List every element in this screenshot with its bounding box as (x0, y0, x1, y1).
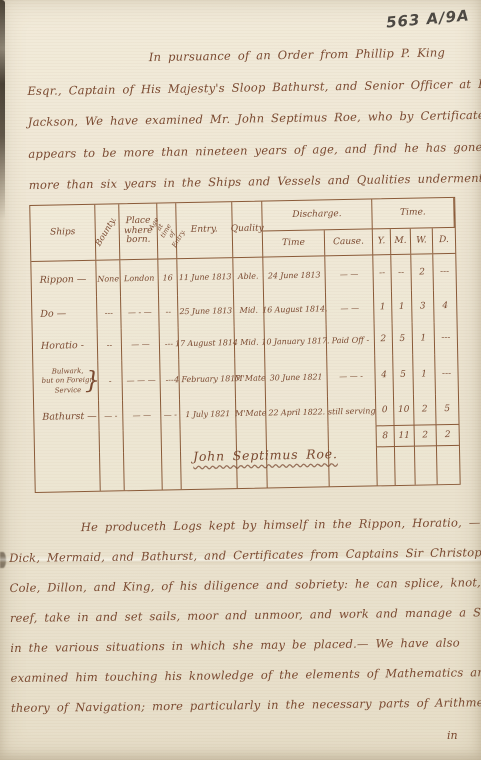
discharge-time-header: Time (263, 230, 325, 256)
discharge-cause-cell: — — (325, 255, 374, 292)
place-cell: London (120, 260, 159, 297)
total-months-cell: 11 (395, 425, 415, 447)
weeks-cell: 2 (411, 254, 434, 290)
years-cell: 1 (374, 291, 393, 323)
empty-cell (124, 452, 163, 491)
quality-cell: M'Mate (235, 358, 266, 399)
entry-cell: 11 June 1813 (177, 258, 234, 295)
signature: John Septimus Roe. (193, 446, 338, 464)
days-cell: 5 (436, 394, 459, 424)
years-header: Y. (373, 229, 391, 254)
discharge-cause-cell: — — (326, 291, 375, 324)
discharge-time-cell: 22 April 1822. (266, 396, 329, 427)
weeks-header: W. (411, 228, 433, 253)
discharge-header: Discharge. (262, 199, 373, 231)
ship-cell: Do — (32, 297, 98, 330)
years-cell: 4 (375, 355, 394, 395)
days-cell: --- (435, 322, 458, 354)
days-cell: --- (435, 354, 458, 394)
discharge-time-cell: 16 August 1814. (264, 292, 327, 325)
weeks-cell: 3 (412, 290, 435, 322)
empty-cell (162, 451, 182, 489)
years-cell: -- (373, 255, 392, 291)
ship-cell: Bathurst — (34, 401, 100, 432)
empty-cell (124, 430, 162, 453)
archive-reference: 563 A/9A (385, 6, 470, 31)
quality-cell: Able. (233, 258, 264, 295)
empty-cell (415, 446, 438, 484)
left-edge-artifact (0, 0, 5, 220)
months-cell: 10 (394, 395, 415, 425)
catchword: in (447, 729, 458, 742)
empty-cell (35, 431, 100, 454)
manuscript-page: { "annotation": "563 A/9A", "intro": { "… (0, 0, 481, 760)
bounty-cell: -- (98, 328, 123, 360)
bounty-header-label: Bounty. (95, 216, 120, 248)
discharge-cause-cell: — — - (327, 355, 376, 396)
bounty-cell: - (98, 360, 123, 400)
days-cell: 4 (434, 290, 457, 322)
quality-header: Quality (232, 202, 263, 258)
body-paragraph: He produceth Logs kept by himself in the… (9, 515, 480, 731)
empty-cell (395, 447, 416, 485)
quality-cell: M'Mate (236, 398, 267, 429)
empty-cell (35, 453, 101, 492)
place-cell: — - — (121, 296, 160, 329)
years-cell: 0 (376, 395, 395, 425)
weeks-cell: 1 (413, 322, 436, 354)
empty-cell (437, 446, 460, 484)
place-cell: — — — (122, 360, 161, 401)
empty-cell (329, 425, 377, 448)
place-cell: — — (122, 328, 161, 361)
empty-cell (162, 429, 181, 451)
age-cell: 16 (158, 259, 178, 295)
discharge-cause-cell: Paid Off - (327, 323, 376, 356)
entry-cell: 4 February 1817 (179, 358, 236, 399)
intro-paragraph: In pursuance of an Order from Phillip P.… (27, 45, 475, 209)
empty-cell (100, 452, 125, 490)
entry-cell: 17 August 1814 (179, 326, 236, 359)
months-cell: 5 (393, 355, 414, 395)
ship-cell: Rippon — (31, 261, 97, 298)
place-cell: — — (123, 400, 162, 431)
total-days-cell: 2 (437, 424, 459, 446)
ship-name-multiline: Bulwark, but on Foreign Service } (41, 367, 100, 395)
quality-cell: Mid. (234, 294, 265, 327)
discharge-cause-cell: still serving (328, 395, 377, 426)
ship-cell: Bulwark, but on Foreign Service } (33, 361, 99, 402)
time-header: Time. (372, 198, 455, 230)
entry-cell: 25 June 1813 (178, 294, 235, 327)
months-header: M. (391, 229, 411, 254)
years-cell: 2 (375, 323, 394, 355)
total-weeks-cell: 2 (415, 424, 437, 446)
empty-cell (377, 447, 396, 485)
bounty-header: Bounty. (95, 204, 120, 259)
discharge-cause-header: Cause. (325, 229, 373, 255)
months-cell: -- (391, 255, 412, 291)
months-cell: 1 (392, 291, 413, 323)
discharge-time-cell: 10 January 1817. (265, 324, 328, 357)
weeks-cell: 2 (414, 394, 437, 424)
total-years-cell: 8 (377, 425, 395, 447)
days-header: D. (433, 228, 455, 253)
age-entry-header: Age at time of Entry. (157, 203, 177, 258)
months-cell: 5 (393, 323, 414, 355)
ship-cell: Horatio - (33, 329, 99, 362)
days-cell: --- (433, 254, 456, 290)
entry-cell: 1 July 1821 (180, 398, 237, 429)
bounty-cell: --- (97, 296, 122, 328)
weeks-cell: 1 (413, 354, 436, 394)
discharge-time-cell: 24 June 1813 (263, 256, 326, 293)
empty-cell (100, 430, 124, 452)
body-line: theory of Navigation; more particularly … (11, 695, 479, 731)
age-cell: — - (161, 399, 181, 429)
brace-icon: } (84, 365, 100, 396)
bounty-cell: None (96, 260, 121, 296)
service-table: Ships Bounty. Place where born. Age at t… (29, 197, 460, 493)
discharge-time-cell: 30 June 1821 (265, 356, 328, 397)
left-edge-smudge (0, 552, 6, 568)
ships-header: Ships (30, 205, 96, 261)
bounty-cell: — - (99, 400, 124, 430)
table-header-row: Ships Bounty. Place where born. Age at t… (30, 198, 455, 262)
age-cell: -- (159, 295, 179, 327)
